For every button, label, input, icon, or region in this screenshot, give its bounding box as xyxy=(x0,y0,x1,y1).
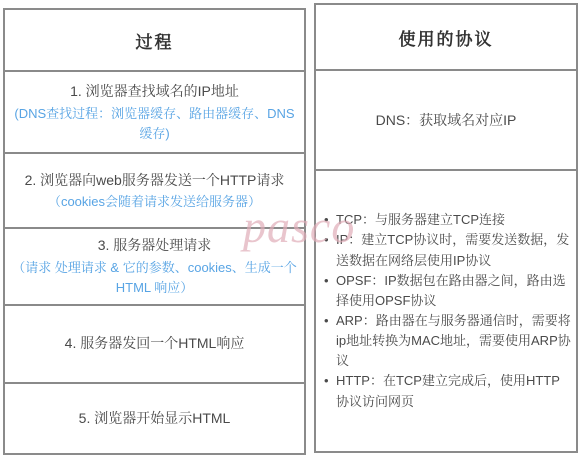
process-step-5: 5. 浏览器开始显示HTML xyxy=(5,382,304,453)
protocol-bullet-opsf: OPSF：IP数据包在路由器之间，路由选择使用OPSF协议 xyxy=(323,271,572,311)
protocol-bullet-arp: ARP：路由器在与服务器通信时，需要将ip地址转换为MAC地址，需要使用ARP协… xyxy=(323,311,572,371)
protocol-bullet-tcp: TCP：与服务器建立TCP连接 xyxy=(323,210,505,230)
process-header-label: 过程 xyxy=(136,28,174,53)
process-table-header: 过程 xyxy=(5,10,304,70)
protocol-dns-cell: DNS：获取域名对应IP xyxy=(316,69,576,169)
step-4-title: 4. 服务器发回一个HTML响应 xyxy=(65,332,245,356)
protocol-header-label: 使用的协议 xyxy=(399,25,494,50)
protocol-table-header: 使用的协议 xyxy=(316,5,576,69)
dns-cell-text: DNS：获取域名对应IP xyxy=(376,110,517,130)
step-2-note: （cookies会随着请求发送给服务器） xyxy=(48,192,261,212)
protocol-table: 使用的协议 DNS：获取域名对应IP TCP：与服务器建立TCP连接 IP：建立… xyxy=(314,3,578,453)
protocol-bullet-list: TCP：与服务器建立TCP连接 IP：建立TCP协议时，需要发送数据，发送数据在… xyxy=(316,169,576,451)
protocol-bullet-ip: IP：建立TCP协议时，需要发送数据，发送数据在网络层使用IP协议 xyxy=(323,230,572,270)
step-3-note: （请求 处理请求 & 它的参数、cookies、生成一个HTML 响应） xyxy=(11,258,298,298)
protocol-bullet-http: HTTP：在TCP建立完成后，使用HTTP协议访问网页 xyxy=(323,371,572,411)
process-step-4: 4. 服务器发回一个HTML响应 xyxy=(5,304,304,382)
page-load-protocol-table: 过程 1. 浏览器查找域名的IP地址 (DNS查找过程：浏览器缓存、路由器缓存、… xyxy=(0,0,580,460)
process-step-1: 1. 浏览器查找域名的IP地址 (DNS查找过程：浏览器缓存、路由器缓存、DNS… xyxy=(5,70,304,152)
process-table: 过程 1. 浏览器查找域名的IP地址 (DNS查找过程：浏览器缓存、路由器缓存、… xyxy=(3,8,306,455)
step-2-title: 2. 浏览器向web服务器发送一个HTTP请求 xyxy=(25,169,285,193)
process-step-3: 3. 服务器处理请求 （请求 处理请求 & 它的参数、cookies、生成一个H… xyxy=(5,227,304,304)
step-3-title: 3. 服务器处理请求 xyxy=(98,234,212,258)
step-1-note: (DNS查找过程：浏览器缓存、路由器缓存、DNS 缓存) xyxy=(11,104,298,144)
step-5-title: 5. 浏览器开始显示HTML xyxy=(79,407,231,431)
process-step-2: 2. 浏览器向web服务器发送一个HTTP请求 （cookies会随着请求发送给… xyxy=(5,152,304,227)
step-1-title: 1. 浏览器查找域名的IP地址 xyxy=(70,80,239,104)
